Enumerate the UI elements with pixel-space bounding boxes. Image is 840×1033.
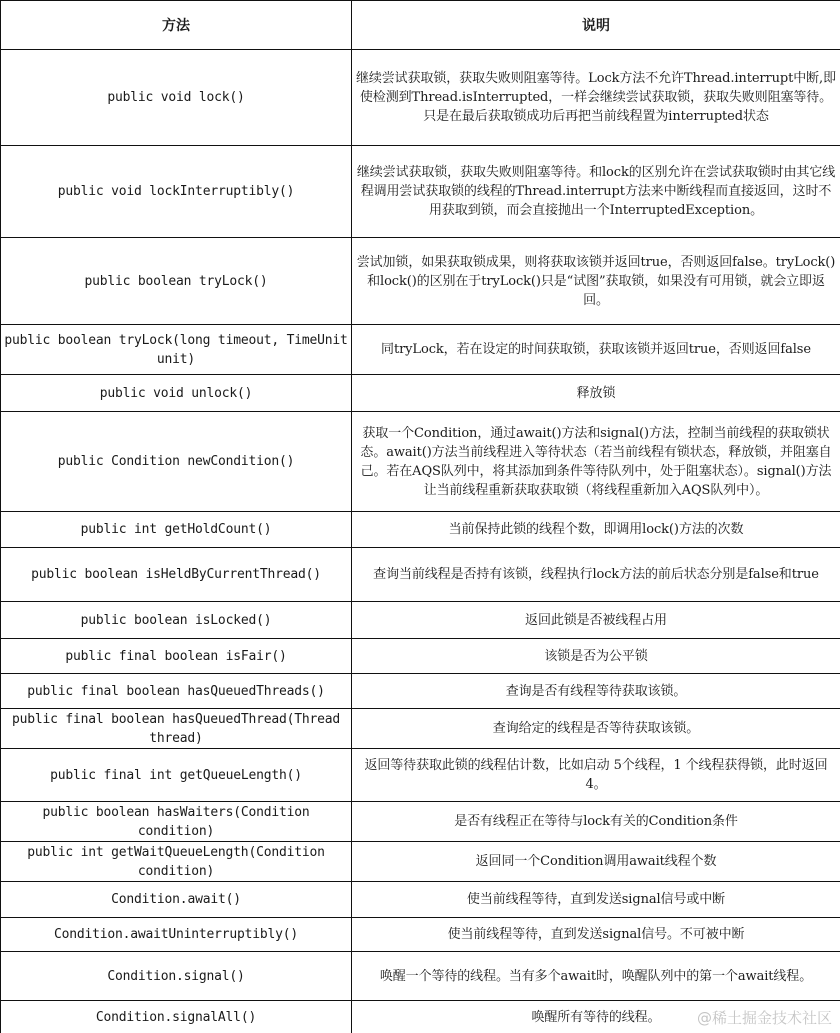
table-row: public void lockInterruptibly()继续尝试获取锁，获… [1, 146, 840, 238]
method-signature: public int getWaitQueueLength(Condition … [1, 842, 352, 882]
api-method-table: 方法 说明 public void lock()继续尝试获取锁，获取失败则阻塞等… [0, 0, 840, 1033]
method-description: 使当前线程等待，直到发送signal信号。不可被中断 [352, 918, 840, 952]
method-description: 使当前线程等待，直到发送signal信号或中断 [352, 882, 840, 918]
table-row: public final boolean isFair()该锁是否为公平锁 [1, 639, 840, 674]
method-signature: public void lockInterruptibly() [1, 146, 352, 238]
table-row: public void lock()继续尝试获取锁，获取失败则阻塞等待。Lock… [1, 50, 840, 146]
table-row: public boolean hasWaiters(Condition cond… [1, 802, 840, 842]
method-description: 获取一个Condition，通过await()方法和signal()方法，控制当… [352, 412, 840, 512]
method-signature: public boolean tryLock() [1, 238, 352, 325]
method-signature: public void lock() [1, 50, 352, 146]
table-row: public void unlock()释放锁 [1, 375, 840, 412]
method-signature: public final boolean hasQueuedThread(Thr… [1, 709, 352, 749]
table-body: public void lock()继续尝试获取锁，获取失败则阻塞等待。Lock… [1, 50, 840, 1033]
method-description: 返回等待获取此锁的线程估计数，比如启动 5个线程，1 个线程获得锁，此时返回4。 [352, 749, 840, 802]
method-description: 尝试加锁，如果获取锁成果，则将获取该锁并返回true，否则返回false。try… [352, 238, 840, 325]
table-row: public int getWaitQueueLength(Condition … [1, 842, 840, 882]
table-row: public final boolean hasQueuedThreads()查… [1, 674, 840, 709]
method-signature: public boolean isLocked() [1, 602, 352, 639]
table-row: public final boolean hasQueuedThread(Thr… [1, 709, 840, 749]
table-row: public boolean tryLock()尝试加锁，如果获取锁成果，则将获… [1, 238, 840, 325]
method-signature: Condition.await() [1, 882, 352, 918]
method-description: 释放锁 [352, 375, 840, 412]
method-signature: Condition.awaitUninterruptibly() [1, 918, 352, 952]
table-header-row: 方法 说明 [1, 1, 840, 50]
table-row: public boolean tryLock(long timeout, Tim… [1, 325, 840, 375]
method-description: 继续尝试获取锁，获取失败则阻塞等待。和lock的区别允许在尝试获取锁时由其它线程… [352, 146, 840, 238]
method-signature: public final boolean isFair() [1, 639, 352, 674]
method-signature: public final boolean hasQueuedThreads() [1, 674, 352, 709]
method-description: 返回此锁是否被线程占用 [352, 602, 840, 639]
table-row: Condition.await()使当前线程等待，直到发送signal信号或中断 [1, 882, 840, 918]
method-signature: Condition.signal() [1, 952, 352, 1001]
method-signature: public boolean tryLock(long timeout, Tim… [1, 325, 352, 375]
table-row: public Condition newCondition()获取一个Condi… [1, 412, 840, 512]
method-description: 查询给定的线程是否等待获取该锁。 [352, 709, 840, 749]
table-row: public int getHoldCount()当前保持此锁的线程个数，即调用… [1, 512, 840, 548]
method-description: 唤醒所有等待的线程。 [352, 1001, 840, 1033]
method-signature: public void unlock() [1, 375, 352, 412]
method-description: 返回同一个Condition调用await线程个数 [352, 842, 840, 882]
method-description: 是否有线程正在等待与lock有关的Condition条件 [352, 802, 840, 842]
method-description: 同tryLock，若在设定的时间获取锁，获取该锁并返回true，否则返回fals… [352, 325, 840, 375]
method-description: 该锁是否为公平锁 [352, 639, 840, 674]
header-method: 方法 [1, 1, 352, 50]
method-description: 当前保持此锁的线程个数，即调用lock()方法的次数 [352, 512, 840, 548]
table-row: Condition.awaitUninterruptibly()使当前线程等待，… [1, 918, 840, 952]
method-signature: public int getHoldCount() [1, 512, 352, 548]
table-row: public boolean isLocked()返回此锁是否被线程占用 [1, 602, 840, 639]
method-description: 唤醒一个等待的线程。当有多个await时，唤醒队列中的第一个await线程。 [352, 952, 840, 1001]
method-signature: Condition.signalAll() [1, 1001, 352, 1033]
method-description: 继续尝试获取锁，获取失败则阻塞等待。Lock方法不允许Thread.interr… [352, 50, 840, 146]
method-signature: public Condition newCondition() [1, 412, 352, 512]
method-signature: public boolean hasWaiters(Condition cond… [1, 802, 352, 842]
method-signature: public boolean isHeldByCurrentThread() [1, 548, 352, 602]
table-row: Condition.signalAll()唤醒所有等待的线程。 [1, 1001, 840, 1033]
table-row: public boolean isHeldByCurrentThread()查询… [1, 548, 840, 602]
method-description: 查询当前线程是否持有该锁，线程执行lock方法的前后状态分别是false和tru… [352, 548, 840, 602]
method-description: 查询是否有线程等待获取该锁。 [352, 674, 840, 709]
method-signature: public final int getQueueLength() [1, 749, 352, 802]
table-row: Condition.signal()唤醒一个等待的线程。当有多个await时，唤… [1, 952, 840, 1001]
header-description: 说明 [352, 1, 840, 50]
table-row: public final int getQueueLength()返回等待获取此… [1, 749, 840, 802]
